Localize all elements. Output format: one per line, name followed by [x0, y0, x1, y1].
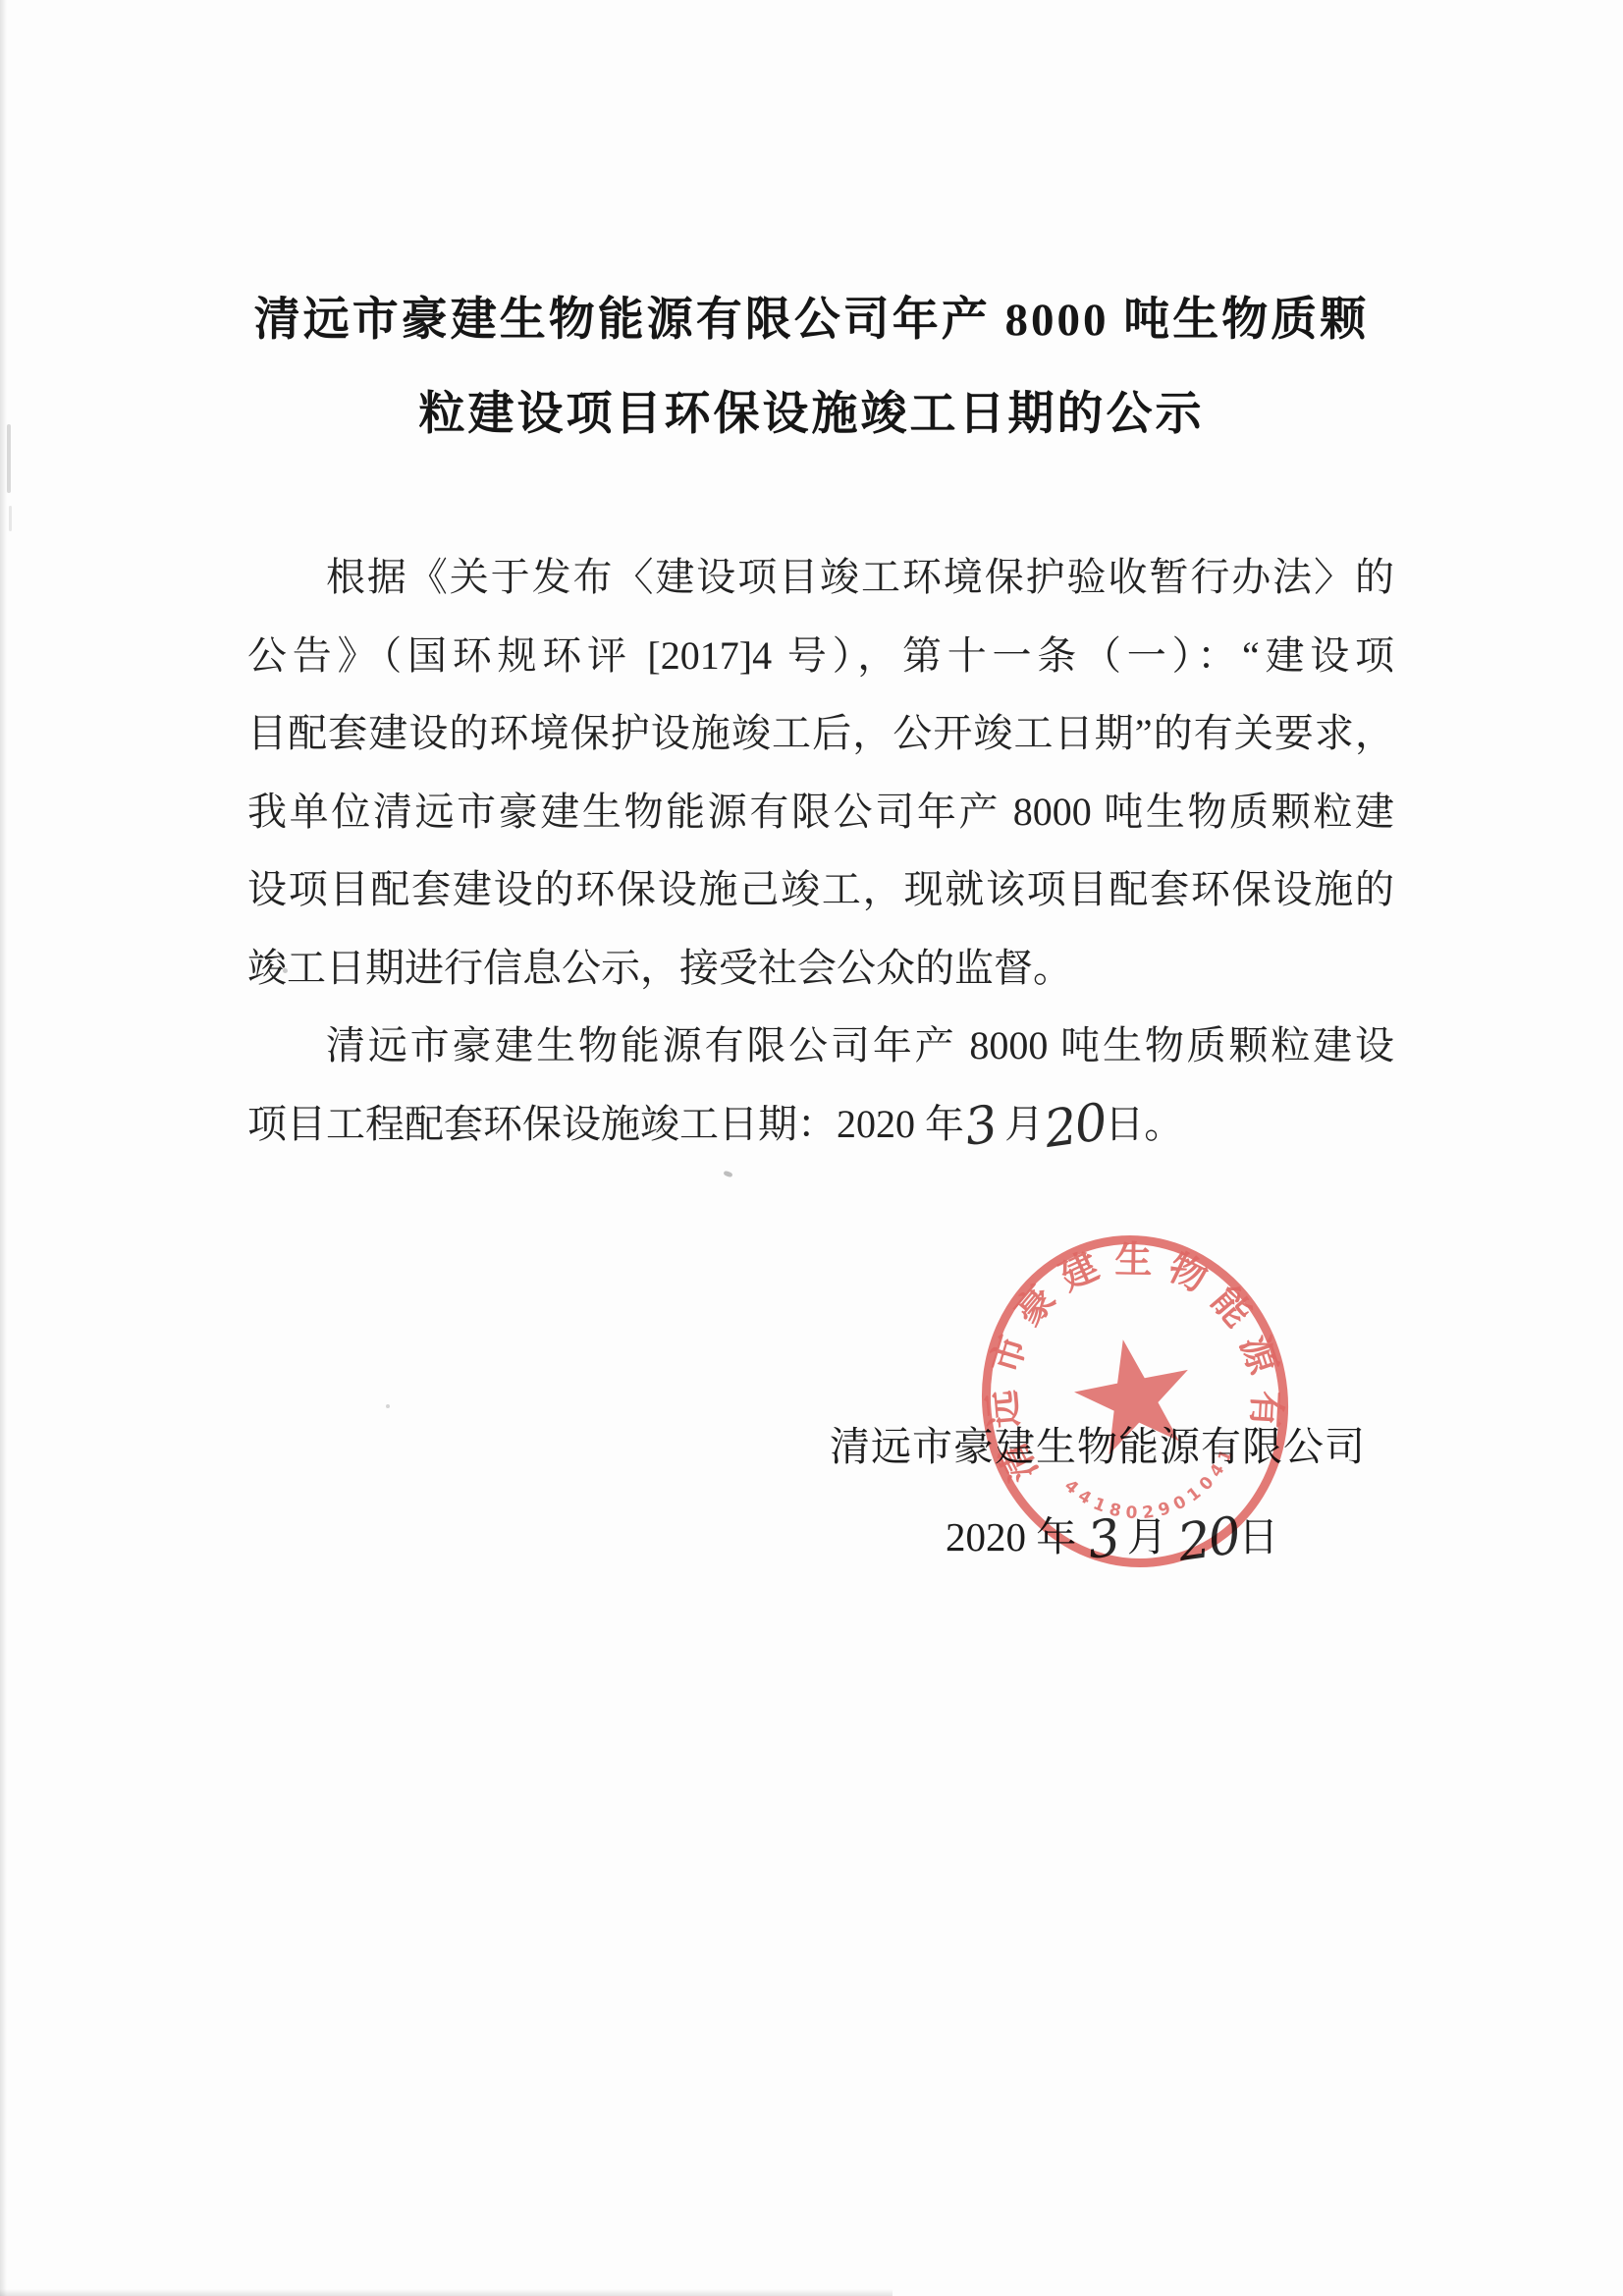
body-line: 竣工日期进行信息公示，接受社会公众的监督。: [247, 929, 1394, 1008]
handwritten-day: 20: [1045, 1121, 1106, 1130]
date-text: 日。: [1105, 1102, 1183, 1146]
seal-star-icon: [1066, 1329, 1201, 1459]
body-line: 公告》（国环规环评 [2017]4 号），第十一条（一）：“建设项: [247, 617, 1394, 695]
document-title-line1: 清远市豪建生物能源有限公司年产 8000 吨生物质颗: [0, 283, 1623, 349]
body-line: 我单位清远市豪建生物能源有限公司年产 8000 吨生物质颗粒建: [247, 773, 1394, 851]
scan-speck: [723, 1171, 732, 1178]
date-text: 月: [995, 1102, 1044, 1146]
scan-speck: [386, 1404, 390, 1408]
date-text: 项目工程配套环保设施竣工日期：2020 年: [247, 1102, 964, 1146]
document-title-line2: 粒建设项目环保设施竣工日期的公示: [0, 377, 1623, 443]
document-body: 根据《关于发布〈建设项目竣工环境保护验收暂行办法〉的 公告》（国环规环评 [20…: [247, 538, 1394, 1163]
body-line: 设项目配套建设的环保设施己竣工，现就该项目配套环保设施的: [247, 850, 1394, 929]
body-line: 目配套建设的环境保护设施竣工后，公开竣工日期”的有关要求，: [247, 694, 1394, 773]
body-line: 根据《关于发布〈建设项目竣工环境保护验收暂行办法〉的: [247, 538, 1394, 617]
body-line-completion-date: 项目工程配套环保设施竣工日期：2020 年3 月20日。: [247, 1085, 1394, 1164]
company-seal: 清远市豪建生物能源有限公司 4418029010415: [970, 1224, 1300, 1579]
document-page: 清远市豪建生物能源有限公司年产 8000 吨生物质颗 粒建设项目环保设施竣工日期…: [0, 0, 1623, 2296]
scan-smudge: [9, 506, 12, 531]
body-line: 清远市豪建生物能源有限公司年产 8000 吨生物质颗粒建设: [247, 1007, 1394, 1085]
handwritten-month: 3: [965, 1123, 996, 1127]
scan-edge-bottom: [0, 2289, 893, 2296]
